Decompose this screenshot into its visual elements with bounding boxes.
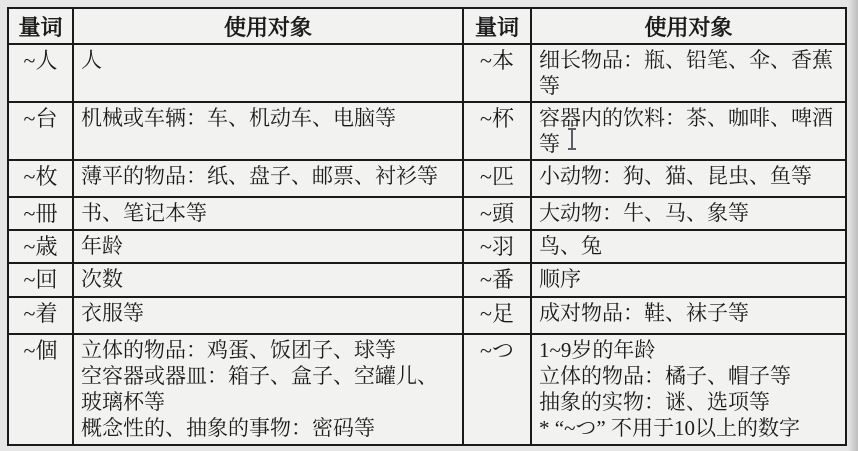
i-beam-cursor xyxy=(568,128,576,150)
usage-cell: 1~9岁的年龄 立体的物品：橘子、帽子等 抽象的实物：谜、选项等 * “~つ” … xyxy=(531,334,846,445)
usage-cell: 次数 xyxy=(73,263,463,297)
header-measure-word-right: 量词 xyxy=(463,8,531,44)
header-usage-right: 使用对象 xyxy=(531,8,846,44)
table-row: ~歳 年龄 ~羽 鸟、兔 xyxy=(8,230,846,263)
measure-word-cell: ~着 xyxy=(8,297,73,334)
usage-cell: 机械或车辆：车、机动车、电脑等 xyxy=(73,102,463,160)
usage-cell: 大动物：牛、马、象等 xyxy=(531,197,846,230)
measure-word-cell: ~歳 xyxy=(8,230,73,263)
usage-cell: 年龄 xyxy=(73,230,463,263)
usage-cell: 书、笔记本等 xyxy=(73,197,463,230)
table-row: ~枚 薄平的物品：纸、盘子、邮票、衬衫等 ~匹 小动物：狗、猫、昆虫、鱼等 xyxy=(8,160,846,197)
usage-cell: 人 xyxy=(73,44,463,102)
measure-word-cell: ~番 xyxy=(463,263,531,297)
usage-cell: 立体的物品：鸡蛋、饭团子、球等 空容器或器皿：箱子、盒子、空罐儿、 玻璃杯等 概… xyxy=(73,334,463,445)
measure-word-cell: ~個 xyxy=(8,334,73,445)
measure-word-cell: ~枚 xyxy=(8,160,73,197)
measure-word-cell: ~人 xyxy=(8,44,73,102)
header-measure-word-left: 量词 xyxy=(8,8,73,44)
usage-cell: 衣服等 xyxy=(73,297,463,334)
measure-word-cell: ~頭 xyxy=(463,197,531,230)
usage-cell: 薄平的物品：纸、盘子、邮票、衬衫等 xyxy=(73,160,463,197)
measure-word-cell: ~匹 xyxy=(463,160,531,197)
measure-word-cell: ~足 xyxy=(463,297,531,334)
usage-cell: 顺序 xyxy=(531,263,846,297)
table-row: ~台 机械或车辆：车、机动车、电脑等 ~杯 容器内的饮料：茶、咖啡、啤酒 等 xyxy=(8,102,846,160)
measure-word-cell: ~冊 xyxy=(8,197,73,230)
usage-cell: 小动物：狗、猫、昆虫、鱼等 xyxy=(531,160,846,197)
measure-word-cell: ~台 xyxy=(8,102,73,160)
measure-word-cell: ~羽 xyxy=(463,230,531,263)
table-row: ~個 立体的物品：鸡蛋、饭团子、球等 空容器或器皿：箱子、盒子、空罐儿、 玻璃杯… xyxy=(8,334,846,445)
table-row: ~人 人 ~本 细长物品：瓶、铅笔、伞、香蕉 等 xyxy=(8,44,846,102)
measure-word-cell: ~つ xyxy=(463,334,531,445)
counter-table: 量词 使用对象 量词 使用对象 ~人 人 ~本 细长物品：瓶、铅笔、伞、香蕉 等… xyxy=(7,7,847,446)
usage-cell: 细长物品：瓶、铅笔、伞、香蕉 等 xyxy=(531,44,846,102)
table-row: ~回 次数 ~番 顺序 xyxy=(8,263,846,297)
measure-word-cell: ~本 xyxy=(463,44,531,102)
usage-cell: 鸟、兔 xyxy=(531,230,846,263)
screen-edge-shadow xyxy=(848,0,858,451)
header-usage-left: 使用对象 xyxy=(73,8,463,44)
measure-word-cell: ~杯 xyxy=(463,102,531,160)
table-row: ~冊 书、笔记本等 ~頭 大动物：牛、马、象等 xyxy=(8,197,846,230)
measure-word-cell: ~回 xyxy=(8,263,73,297)
usage-cell: 成对物品：鞋、袜子等 xyxy=(531,297,846,334)
usage-cell: 容器内的饮料：茶、咖啡、啤酒 等 xyxy=(531,102,846,160)
table-row: ~着 衣服等 ~足 成对物品：鞋、袜子等 xyxy=(8,297,846,334)
header-row: 量词 使用对象 量词 使用对象 xyxy=(8,8,846,44)
screen: 量词 使用对象 量词 使用对象 ~人 人 ~本 细长物品：瓶、铅笔、伞、香蕉 等… xyxy=(0,0,858,451)
